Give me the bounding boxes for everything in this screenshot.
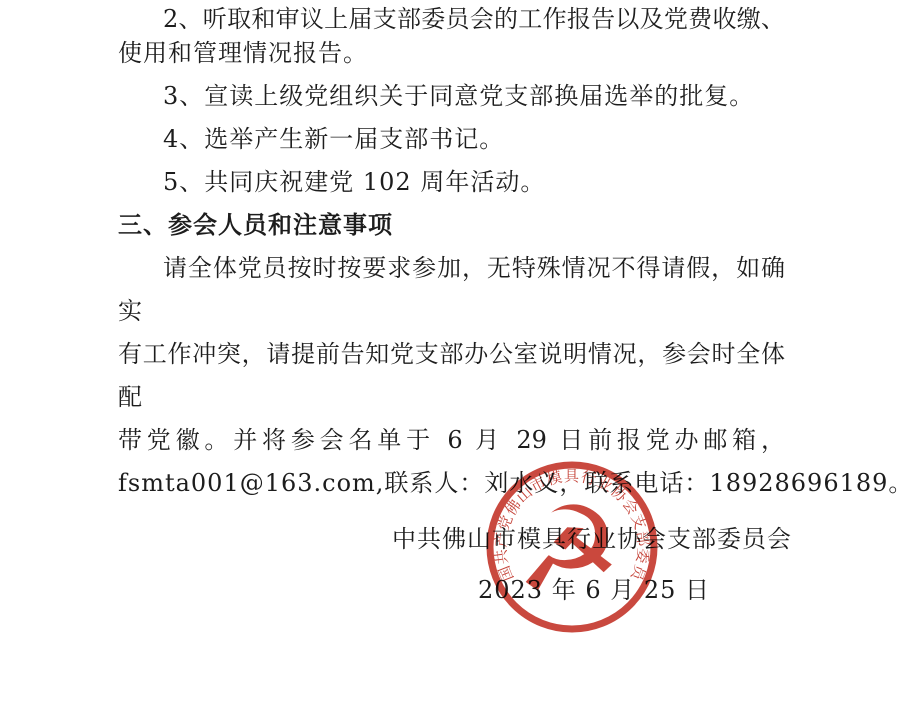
doc-paragraph-line-1: 请全体党员按时按要求参加，无特殊情况不得请假，如确实 xyxy=(118,247,785,333)
document-body: 2、听取和审议上届支部委员会的工作报告以及党费收缴、 使用和管理情况报告。 3、… xyxy=(118,0,785,505)
hammer-sickle-icon: ☭ xyxy=(516,490,622,608)
official-seal: 中国共产党佛山市模具行业协会支部委员会 ☭ xyxy=(486,461,658,633)
doc-paragraph-line-4: fsmta001@163.com,联系人：刘水义，联系电话：1892869618… xyxy=(118,462,785,505)
doc-line-item-3: 3、宣读上级党组织关于同意党支部换届选举的批复。 xyxy=(118,75,785,118)
doc-line-item-5: 5、共同庆祝建党 102 周年活动。 xyxy=(118,161,785,204)
doc-paragraph-line-2: 有工作冲突，请提前告知党支部办公室说明情况，参会时全体配 xyxy=(118,333,785,419)
doc-line-item-2: 2、听取和审议上届支部委员会的工作报告以及党费收缴、 xyxy=(118,0,785,41)
document-page: 2、听取和审议上届支部委员会的工作报告以及党费收缴、 使用和管理情况报告。 3、… xyxy=(0,0,900,703)
doc-paragraph-line-3: 带党徽。并将参会名单于 6 月 29 日前报党办邮箱， xyxy=(118,419,785,462)
doc-line-item-4: 4、选举产生新一届支部书记。 xyxy=(118,118,785,161)
section-heading: 三、参会人员和注意事项 xyxy=(118,204,785,247)
